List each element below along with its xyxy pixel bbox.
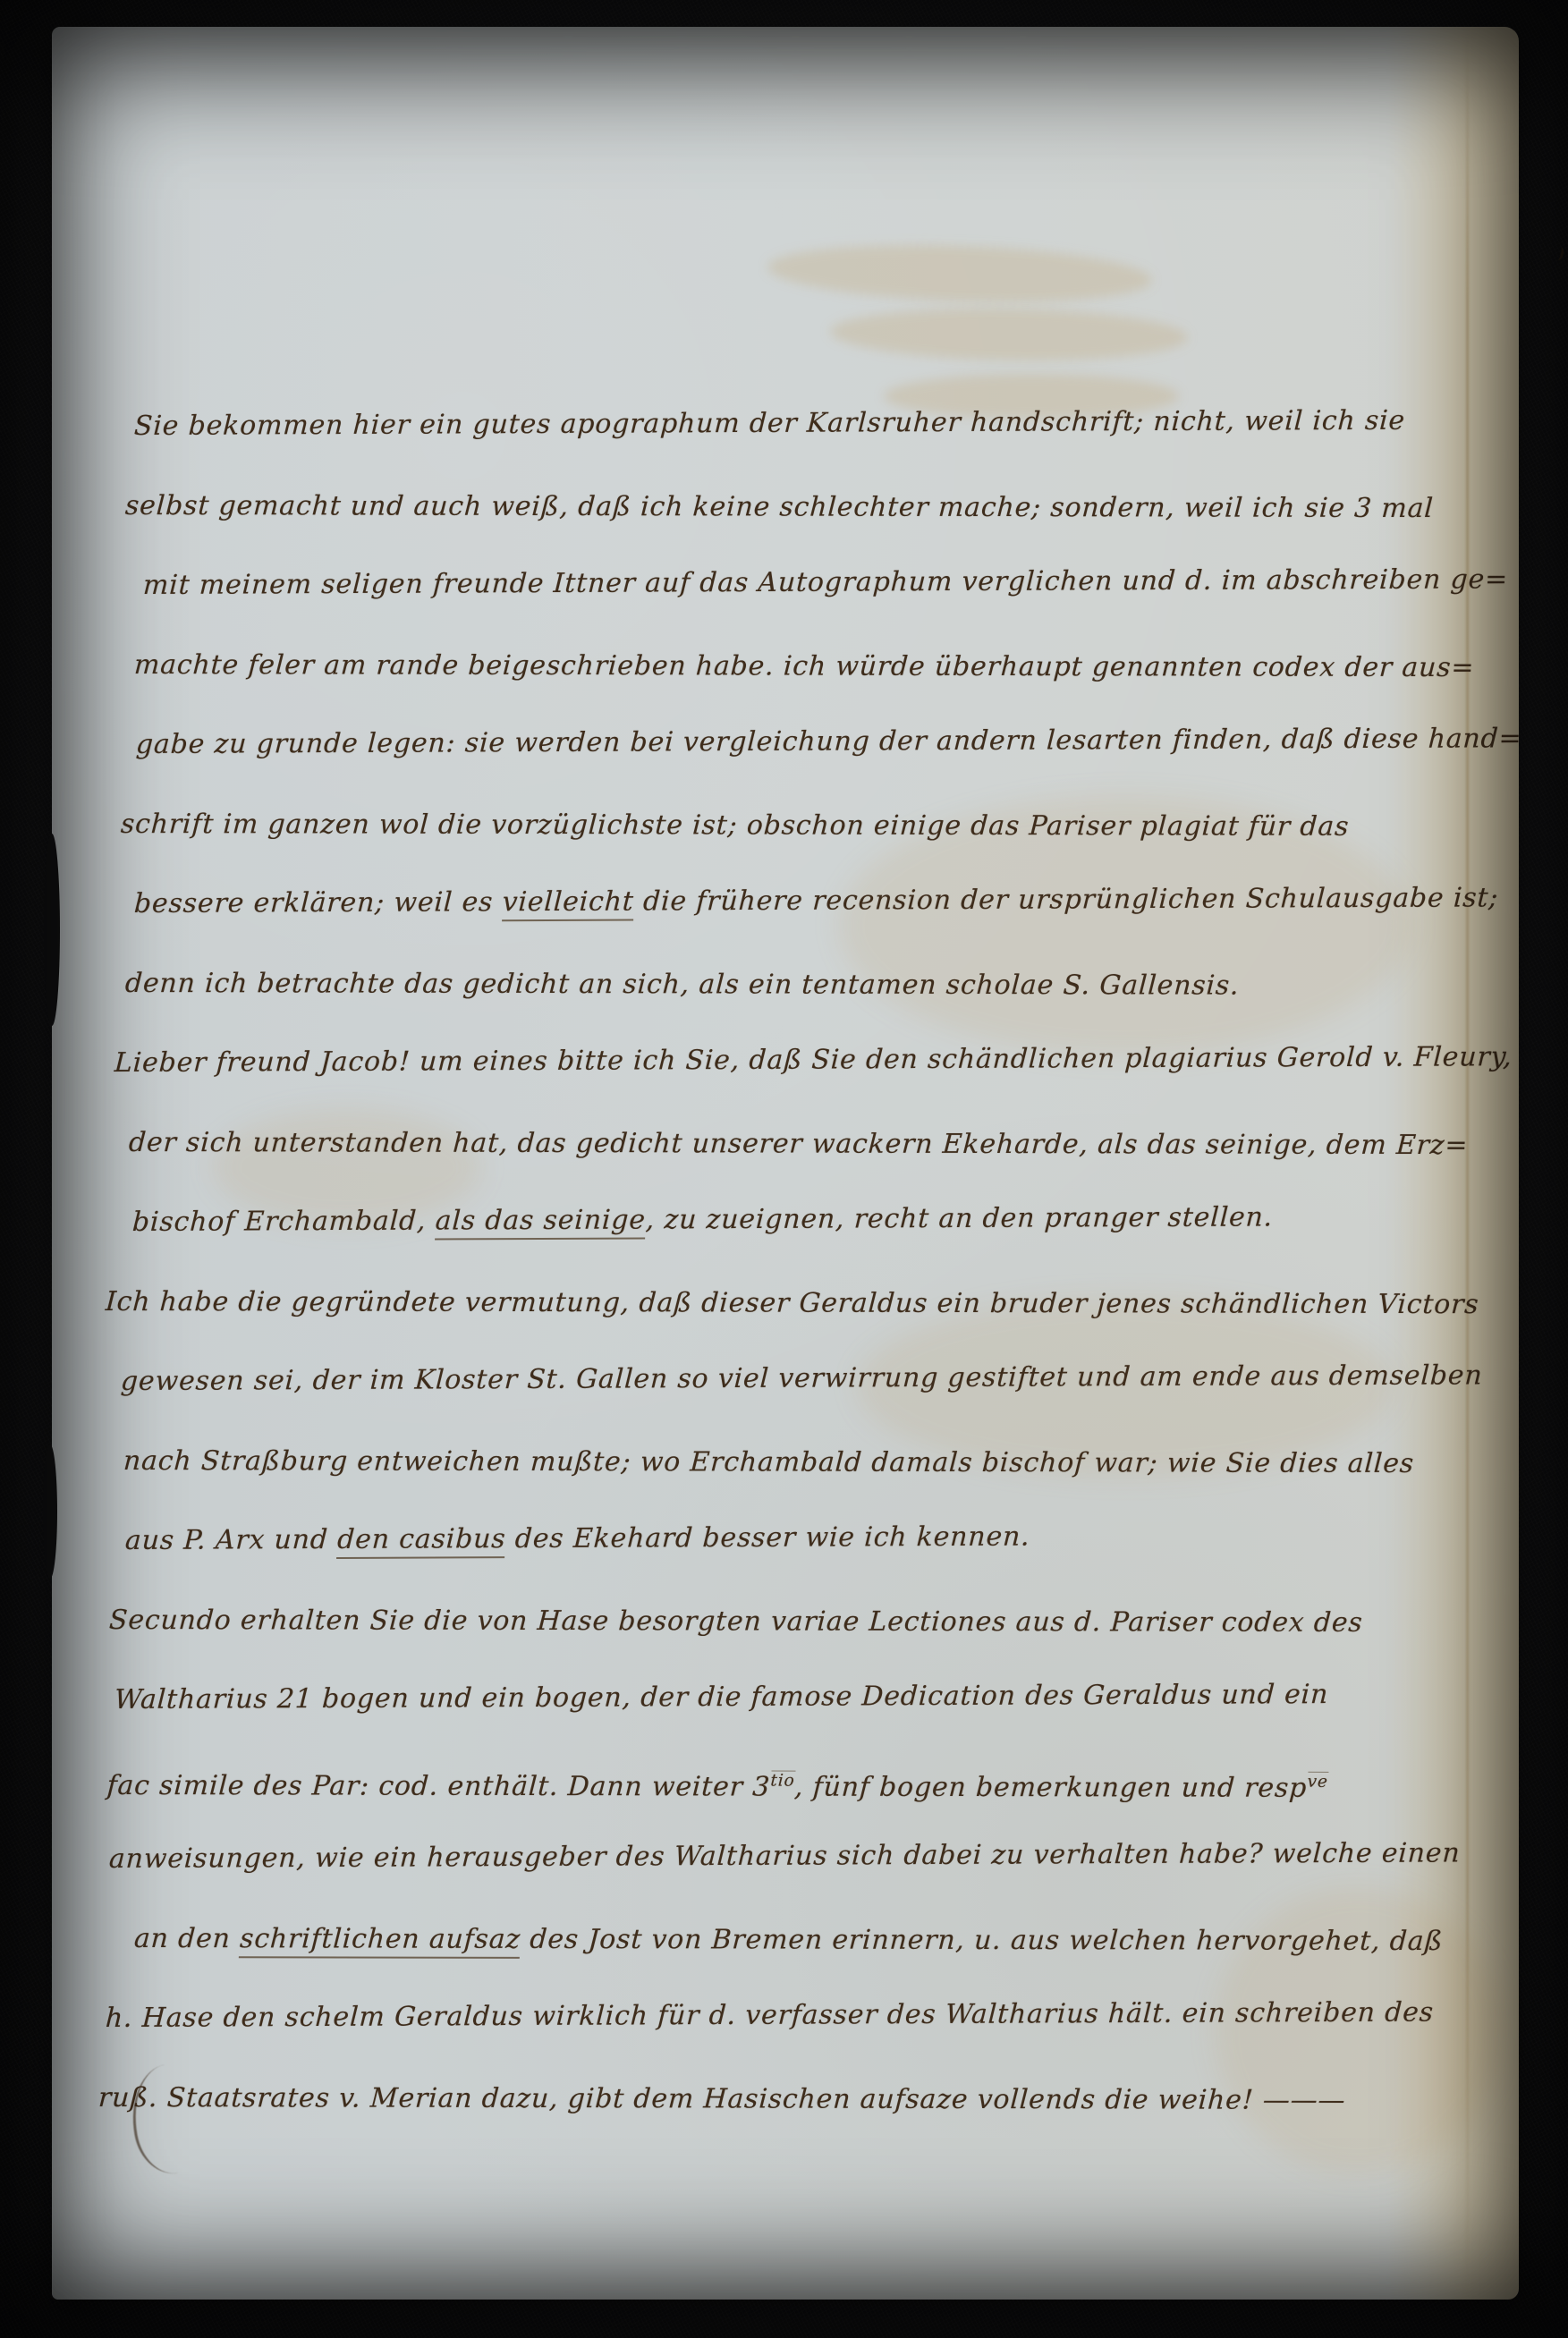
- text-segment: ve: [1307, 1772, 1328, 1792]
- underlined-phrase: schriftlichen aufsaz: [239, 1923, 521, 1959]
- handwriting-line: mit meinem seligen freunde Ittner auf da…: [141, 540, 1477, 625]
- handwriting-line: nach Straßburg entweichen mußte; wo Erch…: [122, 1421, 1477, 1504]
- text-segment: h. Hase den schelm Geraldus wirklich für…: [105, 1997, 1435, 2034]
- text-segment: machte feler am rande beigeschrieben hab…: [133, 649, 1475, 683]
- paper-edge-notch: [44, 834, 60, 1026]
- text-segment: an den: [133, 1923, 241, 1954]
- ink-bleedthrough: [830, 306, 1189, 364]
- text-segment: des Jost von Bremen erinnern, u. aus wel…: [520, 1924, 1444, 1957]
- text-segment: anweisungen, wie ein herausgeber des Wal…: [108, 1837, 1461, 1875]
- handwriting-line: fac simile des Par: cod. enthält. Dann w…: [106, 1740, 1477, 1822]
- handwriting-line: der sich unterstanden hat, das gedicht u…: [127, 1103, 1477, 1185]
- handwriting-line: Lieber freund Jacob! um eines bitte ich …: [113, 1017, 1477, 1103]
- handwriting-line: aus P. Arx und den casibus des Ekehard b…: [123, 1495, 1477, 1580]
- text-segment: nach Straßburg entweichen mußte; wo Erch…: [123, 1445, 1415, 1479]
- text-segment: Sie bekommen hier ein gutes apographum d…: [133, 405, 1406, 442]
- text-segment: , fünf bogen bemerkungen und resp: [793, 1772, 1308, 1804]
- handwriting-line: schrift im ganzen wol die vorzüglichste …: [119, 784, 1477, 867]
- paper-edge-notch: [43, 1444, 57, 1579]
- handwriting-line: Ich habe die gegründete vermutung, daß d…: [104, 1262, 1477, 1344]
- handwriting-line: ruß. Staatsrates v. Merian dazu, gibt de…: [97, 2058, 1477, 2140]
- text-segment: Secundo erhalten Sie die von Hase besorg…: [108, 1605, 1364, 1639]
- text-segment: die frühere recension der ursprünglichen…: [633, 882, 1499, 917]
- handwriting-line: Secundo erhalten Sie die von Hase besorg…: [107, 1580, 1477, 1663]
- letter-sheet: Sie bekommen hier ein gutes apographum d…: [52, 27, 1519, 2300]
- handwriting-line: bischof Erchambald, als das seinige, zu …: [131, 1176, 1477, 1262]
- text-segment: tio: [770, 1771, 795, 1791]
- handwriting-line: Sie bekommen hier ein gutes apographum d…: [132, 380, 1477, 466]
- handwriting-line: gewesen sei, der im Kloster St. Gallen s…: [119, 1335, 1477, 1421]
- text-segment: der sich unterstanden hat, das gedicht u…: [128, 1127, 1469, 1161]
- text-segment: gabe zu grunde legen: sie werden bei ver…: [135, 723, 1522, 760]
- text-segment: Ich habe die gegründete vermutung, daß d…: [105, 1286, 1479, 1320]
- handwriting-line: selbst gemacht und auch weiß, daß ich ke…: [123, 466, 1477, 548]
- edge-ink-mark: [1554, 246, 1564, 261]
- text-segment: bischof Erchambald,: [131, 1206, 436, 1238]
- handwriting-line: h. Hase den schelm Geraldus wirklich für…: [104, 1972, 1477, 2058]
- handwriting-line: denn ich betrachte das gedicht an sich, …: [123, 944, 1477, 1026]
- text-segment: bessere erklären; weil es: [133, 886, 503, 919]
- text-segment: ruß. Staatsrates v. Merian dazu, gibt de…: [97, 2082, 1346, 2116]
- handwriting-line: Waltharius 21 bogen und ein bogen, der d…: [113, 1654, 1477, 1740]
- handwriting-line: gabe zu grunde legen: sie werden bei ver…: [134, 699, 1477, 784]
- handwriting-line: bessere erklären; weil es vielleicht die…: [132, 858, 1477, 944]
- ink-bleedthrough: [767, 240, 1153, 309]
- scan-background: Sie bekommen hier ein gutes apographum d…: [0, 0, 1568, 2338]
- text-segment: aus P. Arx und: [124, 1524, 338, 1556]
- text-segment: des Ekehard besser wie ich kennen.: [505, 1521, 1031, 1555]
- handwriting-line: machte feler am rande beigeschrieben hab…: [132, 625, 1477, 707]
- text-segment: mit meinem seligen freunde Ittner auf da…: [142, 563, 1509, 601]
- text-segment: selbst gemacht und auch weiß, daß ich ke…: [124, 490, 1435, 524]
- text-segment: Lieber freund Jacob! um eines bitte ich …: [114, 1041, 1513, 1079]
- underlined-phrase: als das seinige: [435, 1204, 647, 1240]
- letter-body-text: Sie bekommen hier ein gutes apographum d…: [106, 386, 1474, 2138]
- handwriting-line: anweisungen, wie ein herausgeber des Wal…: [107, 1813, 1477, 1899]
- underlined-phrase: vielleicht: [502, 886, 635, 922]
- text-segment: fac simile des Par: cod. enthält. Dann w…: [106, 1770, 771, 1803]
- handwriting-line: an den schriftlichen aufsaz des Jost von…: [132, 1899, 1477, 1981]
- text-segment: denn ich betrachte das gedicht an sich, …: [124, 968, 1240, 1002]
- text-segment: Waltharius 21 bogen und ein bogen, der d…: [114, 1679, 1329, 1715]
- text-segment: schrift im ganzen wol die vorzüglichste …: [120, 809, 1350, 843]
- underlined-phrase: den casibus: [336, 1523, 506, 1559]
- text-segment: , zu zueignen, recht an den pranger stel…: [645, 1201, 1274, 1235]
- text-segment: gewesen sei, der im Kloster St. Gallen s…: [120, 1360, 1483, 1397]
